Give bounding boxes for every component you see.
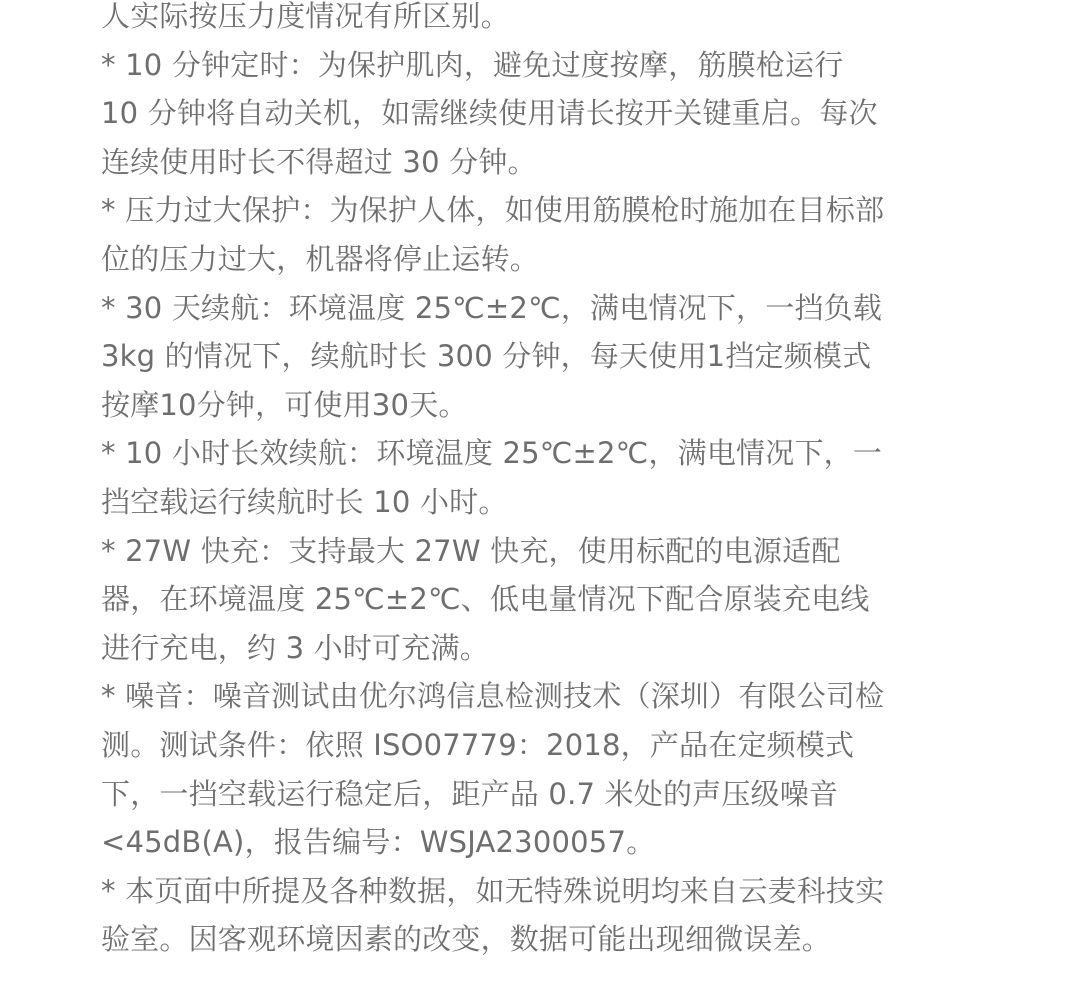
note-line-timer-1: * 10 分钟定时：为保护肌肉，避免过度按摩，筋膜枪运行 [101,41,971,90]
note-line-30day-2: 3kg 的情况下，续航时长 300 分钟，每天使用1挡定频模式 [101,332,971,381]
note-line-10hour-1: * 10 小时长效续航：环境温度 25℃±2℃，满电情况下，一 [101,429,971,478]
note-line-30day-3: 按摩10分钟，可使用30天。 [101,381,971,430]
note-line-data-source-2: 验室。因客观环境因素的改变，数据可能出现细微误差。 [101,915,971,964]
note-line-overpressure-1: * 压力过大保护：为保护人体，如使用筋膜枪时施加在目标部 [101,186,971,235]
note-line-pressure-tail: 人实际按压力度情况有所区别。 [101,0,971,41]
note-line-noise-4: <45dB(A)，报告编号：WSJA2300057。 [101,818,971,867]
note-line-timer-2: 10 分钟将自动关机，如需继续使用请长按开关键重启。每次 [101,89,971,138]
note-line-fastcharge-1: * 27W 快充：支持最大 27W 快充，使用标配的电源适配 [101,527,971,576]
note-line-fastcharge-3: 进行充电，约 3 小时可充满。 [101,624,971,673]
note-line-10hour-2: 挡空载运行续航时长 10 小时。 [101,478,971,527]
note-line-30day-1: * 30 天续航：环境温度 25℃±2℃，满电情况下，一挡负载 [101,284,971,333]
note-line-noise-3: 下，一挡空载运行稳定后，距产品 0.7 米处的声压级噪音 [101,770,971,819]
note-line-noise-2: 测。测试条件：依照 ISO07779：2018，产品在定频模式 [101,721,971,770]
footnotes-block: 人实际按压力度情况有所区别。 * 10 分钟定时：为保护肌肉，避免过度按摩，筋膜… [101,0,971,964]
note-line-timer-3: 连续使用时长不得超过 30 分钟。 [101,138,971,187]
note-line-data-source-1: * 本页面中所提及各种数据，如无特殊说明均来自云麦科技实 [101,867,971,916]
note-line-overpressure-2: 位的压力过大，机器将停止运转。 [101,235,971,284]
note-line-noise-1: * 噪音：噪音测试由优尔鸿信息检测技术（深圳）有限公司检 [101,672,971,721]
note-line-fastcharge-2: 器，在环境温度 25℃±2℃、低电量情况下配合原装充电线 [101,575,971,624]
